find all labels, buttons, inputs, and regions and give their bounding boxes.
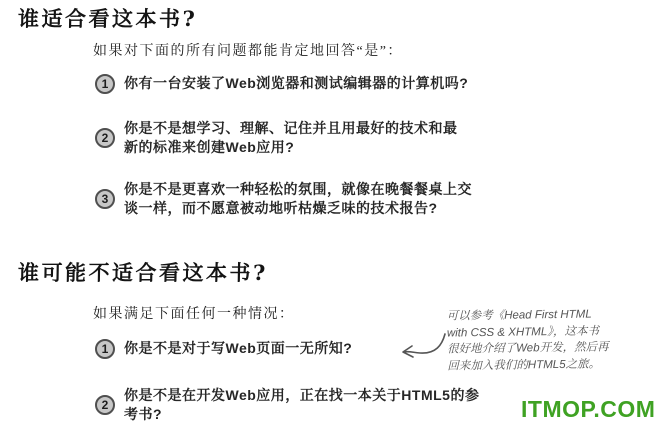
question-row: 1 你是不是对于写Web页面一无所知? [95,336,352,362]
margin-note-line: 回来加入我们的HTML5之旅。 [447,355,657,375]
question-line: 考书? [124,405,479,425]
circled-number-icon: 1 [95,339,115,359]
question-text: 你有一台安装了Web浏览器和测试编辑器的计算机吗? [124,74,468,94]
book-page: 谁适合看这本书? 如果对下面的所有问题都能肯定地回答“是”： 1 你有一台安装了… [0,0,657,435]
circled-number-icon: 2 [95,395,115,415]
question-text: 你是不是更喜欢一种轻松的氛围，就像在晚餐餐桌上交 谈一样，而不愿意被动地听枯燥乏… [124,180,472,219]
question-text: 你是不是对于写Web页面一无所知? [124,339,352,359]
circled-number-icon: 2 [95,128,115,148]
question-line: 你是不是对于写Web页面一无所知? [124,339,352,359]
circled-number-icon: 1 [95,74,115,94]
question-line: 新的标准来创建Web应用? [124,138,458,158]
question-line: 你是不是更喜欢一种轻松的氛围，就像在晚餐餐桌上交 [124,180,472,200]
circled-number-icon: 3 [95,189,115,209]
question-text: 你是不是在开发Web应用，正在找一本关于HTML5的参 考书? [124,386,479,425]
margin-note: 可以参考《Head First HTML with CSS & XHTML》，这… [447,305,657,374]
question-text: 你是不是想学习、理解、记住并且用最好的技术和最 新的标准来创建Web应用? [124,119,458,158]
section2-title: 谁可能不适合看这本书? [18,257,268,287]
question-line: 你是不是在开发Web应用，正在找一本关于HTML5的参 [124,386,479,406]
question-row: 2 你是不是在开发Web应用，正在找一本关于HTML5的参 考书? [95,384,479,426]
question-line: 谈一样，而不愿意被动地听枯燥乏味的技术报告? [124,199,472,219]
question-row: 3 你是不是更喜欢一种轻松的氛围，就像在晚餐餐桌上交 谈一样，而不愿意被动地听枯… [95,178,472,220]
watermark: ITMOP.COM [521,396,655,423]
question-line: 你是不是想学习、理解、记住并且用最好的技术和最 [124,119,458,139]
section1-title: 谁适合看这本书? [18,3,198,33]
question-row: 1 你有一台安装了Web浏览器和测试编辑器的计算机吗? [95,71,468,97]
question-row: 2 你是不是想学习、理解、记住并且用最好的技术和最 新的标准来创建Web应用? [95,117,458,159]
curved-arrow-icon [396,331,448,365]
question-line: 你有一台安装了Web浏览器和测试编辑器的计算机吗? [124,74,468,94]
section2-intro: 如果满足下面任何一种情况： [93,303,295,323]
section1-intro: 如果对下面的所有问题都能肯定地回答“是”： [93,40,403,60]
